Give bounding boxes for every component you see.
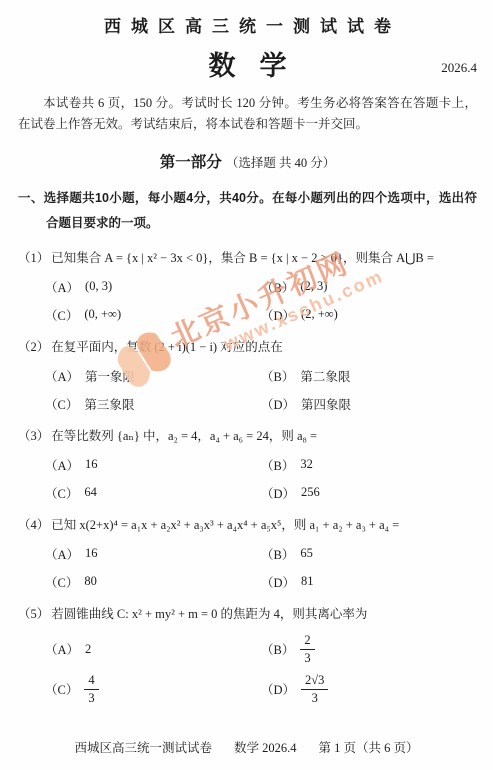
- question-text: 已知 x(2+x)⁴ = a₁x + a₂x² + a₃x³ + a₄x⁴ + …: [51, 518, 399, 532]
- option-value: 第四象限: [301, 395, 351, 413]
- fraction-denominator: 3: [88, 690, 94, 706]
- option-label: （B）: [261, 278, 294, 296]
- question-text: 在复平面内，复数 (2 + i)(1 − i) 对应的点在: [51, 340, 282, 354]
- exam-page: 西城区高三统一测试试卷 数学 2026.4 本试卷共 6 页，150 分。考试时…: [0, 0, 493, 770]
- option-label: （C）: [45, 573, 78, 591]
- option-label: （D）: [261, 680, 295, 698]
- question-3-options: （A）16 （B）32 （C）64 （D）256: [18, 454, 477, 503]
- question-3: （3）在等比数列 {aₙ} 中，a₂ = 4，a₄ + a₆ = 24，则 a₈…: [18, 426, 477, 503]
- question-2-stem: （2）在复平面内，复数 (2 + i)(1 − i) 对应的点在: [18, 337, 477, 358]
- option-a: （A）2: [45, 632, 261, 666]
- option-value: 第二象限: [300, 367, 350, 385]
- option-d: （D）256: [261, 482, 477, 503]
- option-label: （C）: [45, 484, 78, 502]
- option-label: （C）: [45, 306, 78, 324]
- fraction-value: 23: [300, 633, 314, 666]
- option-label: （A）: [45, 367, 79, 385]
- option-a: （A）16: [45, 454, 261, 475]
- option-value: 64: [84, 485, 97, 500]
- fraction-denominator: 3: [312, 690, 318, 706]
- question-1: （1）已知集合 A = {x | x² − 3x < 0}，集合 B = {x …: [18, 248, 477, 325]
- option-value: (2, 3): [300, 279, 327, 294]
- option-a: （A）(0, 3): [45, 276, 261, 297]
- fraction-denominator: 3: [304, 650, 310, 666]
- exam-instructions: 本试卷共 6 页，150 分。考试时长 120 分钟。考生务必将答案答在答题卡上…: [18, 93, 477, 135]
- option-value: 2: [85, 642, 91, 657]
- option-value: 16: [85, 457, 98, 472]
- option-label: （B）: [261, 456, 294, 474]
- question-5-options: （A）2 （B）23 （C）43 （D）2√33: [18, 632, 477, 706]
- fraction-value: 2√33: [301, 673, 328, 706]
- question-number: （1）: [18, 251, 49, 265]
- question-1-options: （A）(0, 3) （B）(2, 3) （C）(0, +∞) （D）(2, +∞…: [18, 276, 477, 325]
- option-d: （D）第四象限: [261, 393, 477, 414]
- footer-subject-date: 数学 2026.4: [234, 738, 297, 756]
- question-number: （5）: [18, 607, 49, 621]
- option-label: （D）: [261, 306, 295, 324]
- question-text: 在等比数列 {aₙ} 中，a₂ = 4，a₄ + a₆ = 24，则 a₈ =: [51, 429, 317, 443]
- question-4-stem: （4）已知 x(2+x)⁴ = a₁x + a₂x² + a₃x³ + a₄x⁴…: [18, 515, 477, 536]
- subject-row: 数学 2026.4: [18, 44, 477, 78]
- question-5: （5）若圆锥曲线 C: x² + my² + m = 0 的焦距为 4，则其离心…: [18, 604, 477, 706]
- option-value: 16: [85, 546, 98, 561]
- question-number: （4）: [18, 518, 49, 532]
- option-value: 80: [84, 574, 97, 589]
- question-text: 若圆锥曲线 C: x² + my² + m = 0 的焦距为 4，则其离心率为: [51, 607, 367, 621]
- option-b: （B）65: [261, 543, 477, 564]
- exam-date: 2026.4: [441, 60, 477, 76]
- question-5-stem: （5）若圆锥曲线 C: x² + my² + m = 0 的焦距为 4，则其离心…: [18, 604, 477, 625]
- option-value: 81: [301, 574, 314, 589]
- question-number: （3）: [18, 429, 49, 443]
- option-c: （C）64: [45, 482, 261, 503]
- section-subtitle: （选择题 共 40 分）: [226, 156, 335, 170]
- question-4: （4）已知 x(2+x)⁴ = a₁x + a₂x² + a₃x³ + a₄x⁴…: [18, 515, 477, 592]
- question-text: 已知集合 A = {x | x² − 3x < 0}，集合 B = {x | x…: [51, 251, 434, 265]
- footer-page-indicator: 第 1 页（共 6 页）: [319, 738, 419, 756]
- option-value: 256: [301, 485, 320, 500]
- option-a: （A）第一象限: [45, 365, 261, 386]
- footer-doc-name: 西城区高三统一测试试卷: [74, 738, 212, 756]
- section-title: 第一部分: [160, 154, 222, 171]
- question-list: （1）已知集合 A = {x | x² − 3x < 0}，集合 B = {x …: [18, 248, 477, 706]
- option-label: （B）: [261, 640, 294, 658]
- option-label: （D）: [261, 573, 295, 591]
- part-one-directions: 一、选择题共10小题，每小题4分，共40分。在每小题列出的四个选项中，选出符合题…: [18, 186, 477, 236]
- section-heading: 第一部分（选择题 共 40 分）: [18, 150, 477, 172]
- option-c: （C）80: [45, 571, 261, 592]
- fraction-value: 43: [84, 673, 98, 706]
- option-label: （B）: [261, 545, 294, 563]
- option-d: （D）81: [261, 571, 477, 592]
- option-label: （A）: [45, 640, 79, 658]
- option-label: （D）: [261, 484, 295, 502]
- option-c: （C）(0, +∞): [45, 304, 261, 325]
- option-b: （B）23: [261, 632, 477, 666]
- question-2-options: （A）第一象限 （B）第二象限 （C）第三象限 （D）第四象限: [18, 365, 477, 414]
- question-number: （2）: [18, 340, 49, 354]
- question-3-stem: （3）在等比数列 {aₙ} 中，a₂ = 4，a₄ + a₆ = 24，则 a₈…: [18, 426, 477, 447]
- option-label: （C）: [45, 395, 78, 413]
- option-d: （D）(2, +∞): [261, 304, 477, 325]
- option-value: 32: [300, 457, 313, 472]
- question-1-stem: （1）已知集合 A = {x | x² − 3x < 0}，集合 B = {x …: [18, 248, 477, 269]
- fraction-numerator: 4: [84, 673, 98, 690]
- option-value: (0, 3): [85, 279, 112, 294]
- question-4-options: （A）16 （B）65 （C）80 （D）81: [18, 543, 477, 592]
- question-2: （2）在复平面内，复数 (2 + i)(1 − i) 对应的点在 （A）第一象限…: [18, 337, 477, 414]
- option-b: （B）32: [261, 454, 477, 475]
- option-label: （D）: [261, 395, 295, 413]
- option-value: 65: [300, 546, 313, 561]
- option-label: （A）: [45, 278, 79, 296]
- option-label: （A）: [45, 456, 79, 474]
- option-c: （C）43: [45, 672, 261, 706]
- option-label: （B）: [261, 367, 294, 385]
- exam-title: 西城区高三统一测试试卷: [18, 12, 477, 37]
- fraction-numerator: 2: [300, 633, 314, 650]
- option-value: (0, +∞): [84, 307, 121, 322]
- option-value: (2, +∞): [301, 307, 338, 322]
- option-value: 第一象限: [85, 367, 135, 385]
- page-footer: 西城区高三统一测试试卷 数学 2026.4 第 1 页（共 6 页）: [0, 738, 493, 756]
- fraction-numerator: 2√3: [301, 673, 328, 690]
- option-b: （B）第二象限: [261, 365, 477, 386]
- option-label: （A）: [45, 545, 79, 563]
- option-d: （D）2√33: [261, 672, 477, 706]
- option-a: （A）16: [45, 543, 261, 564]
- option-c: （C）第三象限: [45, 393, 261, 414]
- option-value: 第三象限: [84, 395, 134, 413]
- option-b: （B）(2, 3): [261, 276, 477, 297]
- option-label: （C）: [45, 680, 78, 698]
- exam-subject: 数学: [185, 51, 311, 81]
